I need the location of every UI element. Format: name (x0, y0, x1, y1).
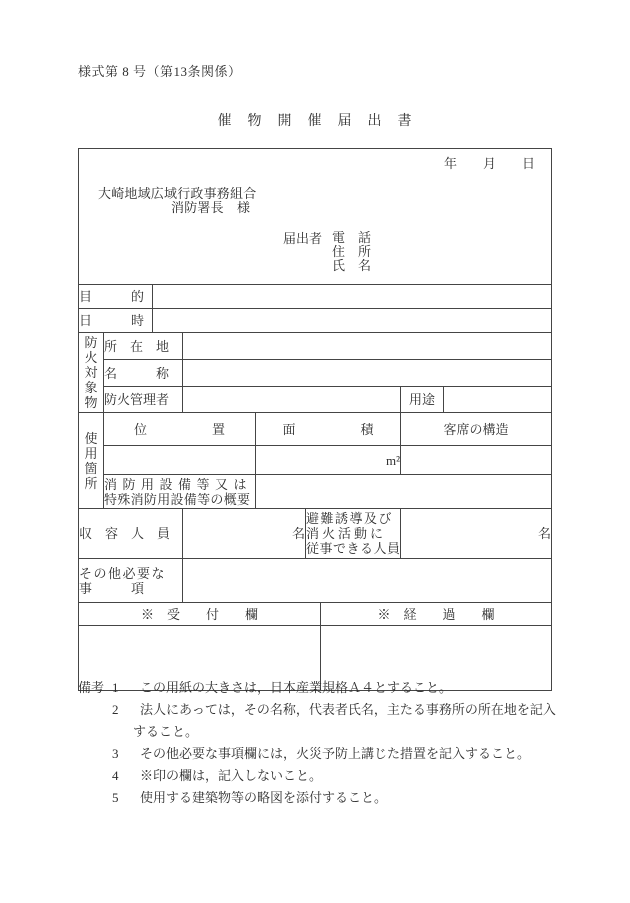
remark-text-continuation: すること。 (133, 725, 556, 739)
equipment-label-line2: 特殊消防用設備等の概要 (104, 492, 255, 507)
use-area-group-cell: 使用箇所 (79, 413, 104, 509)
seating-header-cell: 客席の構造 (401, 413, 552, 446)
remark-number: 5 (112, 791, 140, 805)
addressee-title: 消防署長 様 (171, 200, 250, 215)
area-header-cell: 面 積 (256, 413, 401, 446)
reception-header-cell: ※ 受 付 欄 (79, 603, 321, 626)
equipment-label-line1: 消防用設備等又は (104, 477, 255, 492)
progress-header-cell: ※ 経 過 欄 (321, 603, 552, 626)
capacity-label-cell: 収 容 人 員 (79, 509, 183, 559)
remark-number: 4 (112, 769, 140, 783)
capacity-value-cell: 名 (183, 509, 306, 559)
remark-text: その他必要な事項欄には，火災予防上講じた措置を記入すること。 (140, 747, 556, 761)
equipment-label-cell: 消防用設備等又は 特殊消防用設備等の概要 (104, 475, 256, 509)
use-area-group-label: 使用箇所 (84, 431, 98, 491)
evacuation-label-line1: 避難誘導及び (306, 511, 400, 526)
document-page: 様式第 8 号（第13条関係） 催 物 開 催 届 出 書 年 月 日 大崎地域… (0, 0, 630, 903)
notifier-fields: 電 話 住 所 氏 名 (332, 231, 371, 273)
datetime-label-cell: 日 時 (79, 309, 153, 333)
other-label-line1: その他必要な (79, 566, 182, 581)
date-line: 年 月 日 (444, 156, 535, 171)
use-label-cell: 用途 (401, 387, 444, 413)
name-label-cell: 名 称 (104, 360, 183, 387)
evacuation-label-line2: 消火活動に (306, 526, 400, 541)
use-value-cell (444, 387, 552, 413)
addressee-org: 大崎地域広域行政事務組合 (98, 186, 256, 201)
notifier-label: 届出者 (283, 231, 322, 273)
remark-text-line: 法人にあっては，その名称，代表者氏名，主たる事務所の所在地を記入 (140, 703, 556, 717)
manager-value-cell (183, 387, 401, 413)
position-value-cell (104, 446, 256, 475)
remark-item: 3 その他必要な事項欄には，火災予防上講じた措置を記入すること。 (78, 747, 556, 761)
other-label-cell: その他必要な 事 項 (79, 559, 183, 603)
manager-label-cell: 防火管理者 (104, 387, 183, 413)
purpose-value-cell (153, 285, 552, 309)
document-title: 催 物 開 催 届 出 書 (0, 110, 630, 130)
seating-value-cell (401, 446, 552, 475)
position-header-cell: 位 置 (104, 413, 256, 446)
remark-item: 備考 1 この用紙の大きさは，日本産業規格Ａ４とすること。 (78, 681, 556, 695)
datetime-value-cell (153, 309, 552, 333)
equipment-value-cell (256, 475, 552, 509)
fire-object-group-cell: 防火対象物 (79, 333, 104, 413)
capacity-unit-label: 名 (292, 526, 305, 541)
other-value-cell (183, 559, 552, 603)
purpose-label-cell: 目 的 (79, 285, 153, 309)
remark-item: 5 使用する建築物等の略図を添付すること。 (78, 791, 556, 805)
form-header-cell: 年 月 日 大崎地域広域行政事務組合 消防署長 様 届出者 電 話 住 所 氏 … (79, 149, 552, 285)
notifier-name-label: 氏 名 (332, 259, 371, 273)
remark-text: この用紙の大きさは，日本産業規格Ａ４とすること。 (140, 681, 556, 695)
remark-text: 法人にあっては，その名称，代表者氏名，主たる事務所の所在地を記入 すること。 (140, 703, 556, 739)
remarks-label: 備考 (78, 681, 112, 695)
area-value-cell: m² (256, 446, 401, 475)
remark-text: 使用する建築物等の略図を添付すること。 (140, 791, 556, 805)
name-value-cell (183, 360, 552, 387)
evacuation-label-line3: 従事できる人員 (306, 541, 400, 556)
notifier-address-label: 住 所 (332, 245, 371, 259)
evacuation-unit-label: 名 (538, 526, 551, 541)
location-label-cell: 所 在 地 (104, 333, 183, 360)
remark-text: ※印の欄は，記入しないこと。 (140, 769, 556, 783)
evacuation-label-cell: 避難誘導及び 消火活動に 従事できる人員 (306, 509, 401, 559)
remark-number: 3 (112, 747, 140, 761)
notifier-block: 届出者 電 話 住 所 氏 名 (283, 231, 371, 273)
area-unit-label: m² (386, 453, 400, 468)
location-value-cell (183, 333, 552, 360)
remark-number: 1 (112, 681, 140, 695)
notification-form-table: 年 月 日 大崎地域広域行政事務組合 消防署長 様 届出者 電 話 住 所 氏 … (78, 148, 552, 691)
remark-item: 2 法人にあっては，その名称，代表者氏名，主たる事務所の所在地を記入 すること。 (78, 703, 556, 739)
remarks-section: 備考 1 この用紙の大きさは，日本産業規格Ａ４とすること。 2 法人にあっては，… (78, 681, 556, 813)
notifier-phone-label: 電 話 (332, 231, 371, 245)
fire-object-group-label: 防火対象物 (84, 335, 98, 410)
remark-item: 4 ※印の欄は，記入しないこと。 (78, 769, 556, 783)
evacuation-value-cell: 名 (401, 509, 552, 559)
form-number: 様式第 8 号（第13条関係） (78, 61, 242, 80)
other-label-line2: 事 項 (79, 581, 182, 596)
